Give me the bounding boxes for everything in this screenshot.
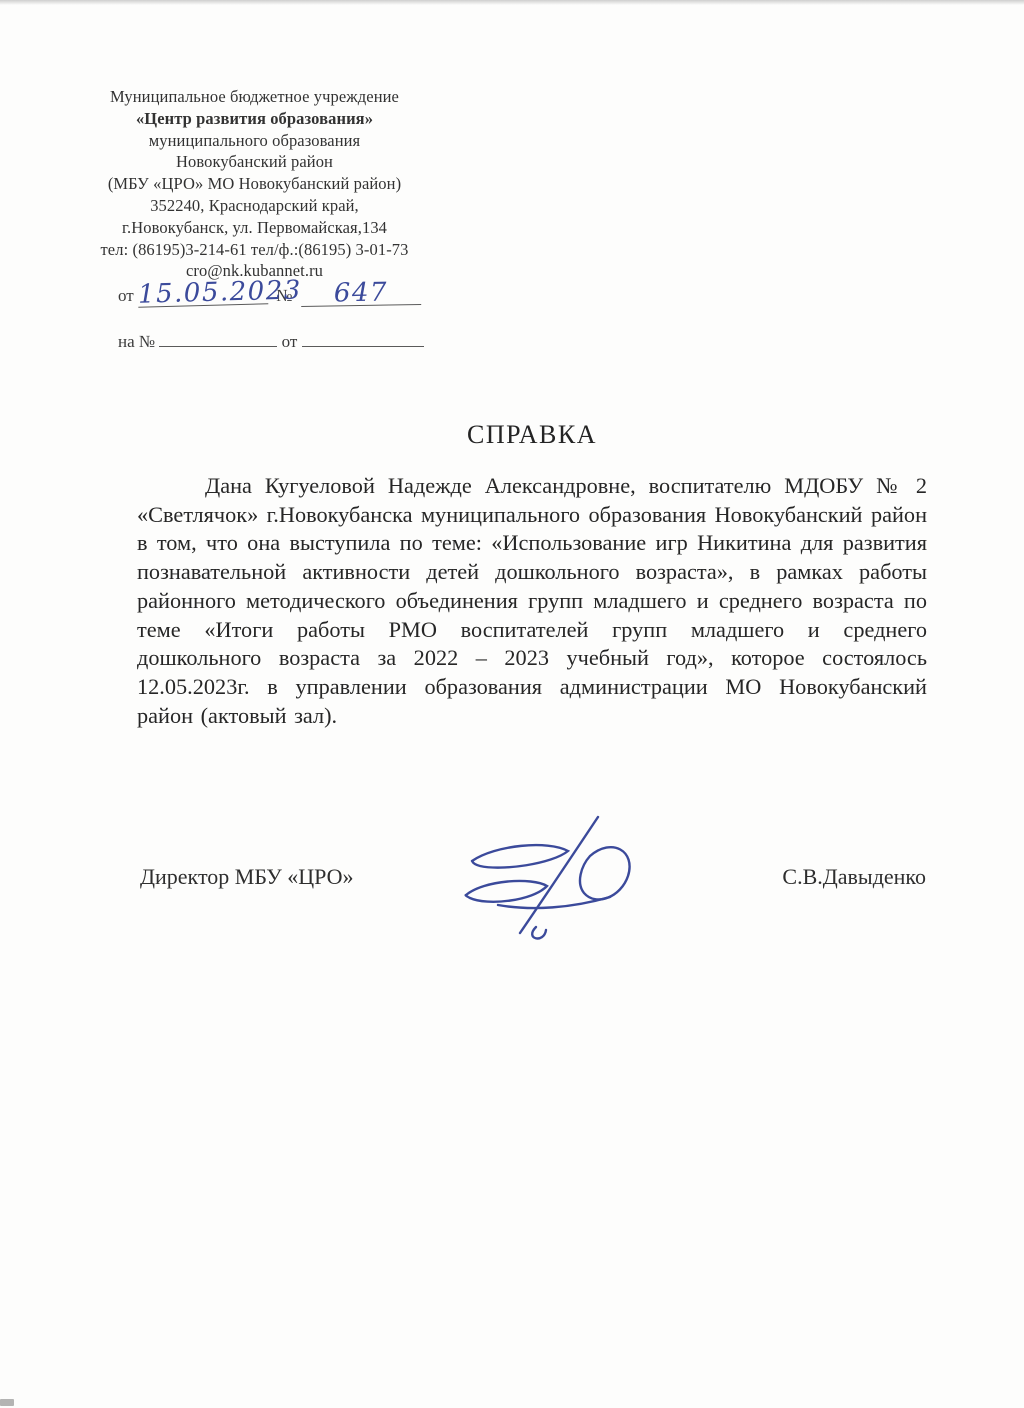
reply-reference-line: на № от	[118, 330, 438, 352]
letterhead-abbreviation-line: (МБУ «ЦРО» МО Новокубанский район)	[82, 173, 427, 195]
scan-artifact-top-edge	[0, 0, 1024, 5]
scan-artifact-speck	[0, 1399, 14, 1406]
body-paragraph: Дана Кугуеловой Надежде Александровне, в…	[137, 472, 927, 730]
signer-position: Директор МБУ «ЦРО»	[140, 864, 354, 890]
reply-date-blank	[302, 330, 424, 347]
handwritten-date: 15.05.2023	[138, 279, 269, 307]
letterhead-org-name: «Центр развития образования»	[82, 108, 427, 130]
handwritten-number: 647	[300, 280, 420, 307]
reference-block: от 15.05.2023 № 647 на № от	[118, 281, 438, 352]
letterhead-postal-line: 352240, Краснодарский край,	[82, 195, 427, 217]
reply-number-blank	[159, 330, 277, 347]
letterhead-org-type: Муниципальное бюджетное учреждение	[82, 86, 427, 108]
letterhead: Муниципальное бюджетное учреждение «Цент…	[82, 86, 427, 282]
date-label: от	[118, 286, 134, 305]
signer-name: С.В.Давыденко	[782, 864, 926, 890]
document-title: СПРАВКА	[137, 420, 927, 450]
letterhead-phone-line: тел: (86195)3-214-61 тел/ф.:(86195) 3-01…	[82, 239, 427, 261]
signature-scribble	[440, 809, 650, 944]
reply-number-label: на №	[118, 332, 155, 351]
letterhead-municipal-line: муниципального образования	[82, 130, 427, 152]
outgoing-number-line: от 15.05.2023 № 647	[118, 281, 438, 306]
letterhead-district-line: Новокубанский район	[82, 151, 427, 173]
letterhead-address-line: г.Новокубанск, ул. Первомайская,134	[82, 217, 427, 239]
document-page: Муниципальное бюджетное учреждение «Цент…	[0, 0, 1024, 1408]
reply-date-label: от	[282, 332, 298, 351]
